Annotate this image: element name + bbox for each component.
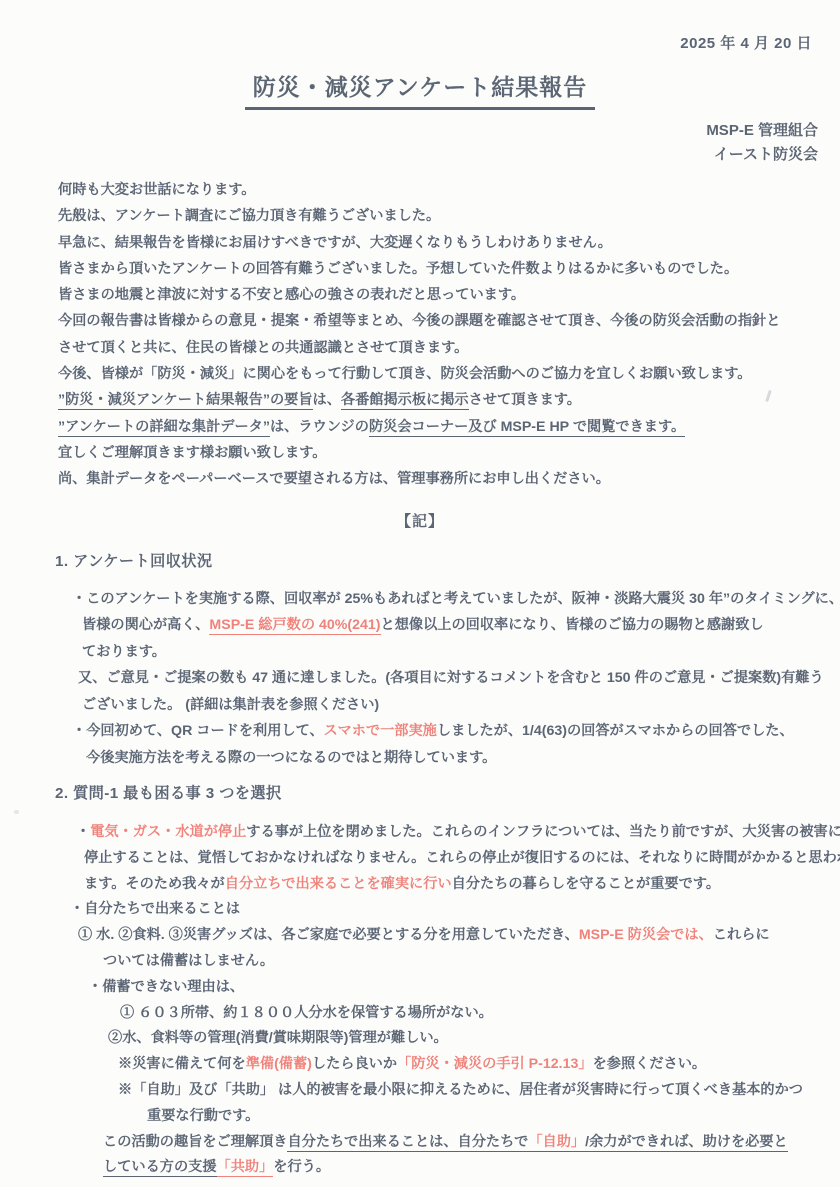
org-name-bousaikai: イースト防災会 [0, 144, 840, 165]
text-line: させて頂くと共に、住民の皆様との共通認識とさせて頂きます。 [0, 335, 840, 361]
text-line: ついては備蓄はしません。 [0, 949, 840, 975]
text-segment: 重要な行動です。 [147, 1108, 259, 1124]
highlighted-text: スマホで一部実施 [324, 723, 437, 739]
text-segment: を参照ください。 [593, 1056, 707, 1072]
text-segment: 防災会コーナー及び MSP-E HP で閲覧できます。 [369, 419, 685, 437]
text-segment: ※災害に備えて何を [118, 1056, 246, 1072]
text-segment: ・ [76, 824, 90, 840]
text-segment: ※「自助」及び「共助」 は人的被害を最小限に抑えるために、居住者が災害時に行って… [118, 1082, 803, 1098]
text-line: 皆さまの地震と津波に対する不安と感心の強さの表れだと思っています。 [0, 282, 840, 308]
text-line: ・電気・ガス・水道が停止する事が上位を閉めました。これらのインフラについては、当… [0, 820, 840, 846]
text-line: ・今回初めて、QR コードを利用して、スマホで一部実施しましたが、1/4(63)… [0, 718, 840, 745]
text-line: ① ６０３所帯、約１８００人分水を保管する場所がない。 [0, 1001, 840, 1027]
highlighted-text: 「自助」 [528, 1134, 585, 1152]
text-segment: ・備蓄できない理由は、 [88, 979, 244, 995]
text-segment: ②水、食料等の管理(消費/賞味期限等)管理が難しい。 [108, 1030, 448, 1046]
text-segment: この活動の趣旨をご理解頂き [103, 1134, 287, 1150]
text-segment: 各番館掲示板に掲示 [341, 392, 469, 410]
text-segment: する事が上位を閉めました。これらのインフラについては、当たり前ですが、大災害の被… [246, 824, 840, 840]
text-line: 今回の報告書は皆様からの意見・提案・希望等まとめ、今後の課題を確認させて頂き、今… [0, 308, 840, 334]
text-segment: ございました。 (詳細は集計表を参照ください) [82, 697, 379, 713]
text-line: 何時も大変お世話になります。 [0, 177, 840, 203]
text-line: 停止することは、覚悟しておかなければなりません。これらの停止が復旧するのには、そ… [0, 846, 840, 872]
text-line: 先般は、アンケート調査にご協力頂き有難うございました。 [0, 203, 840, 229]
text-line: この活動の趣旨をご理解頂き自分たちで出来ることは、自分たちで「自助」/余力ができ… [0, 1130, 840, 1156]
section-1-body: ・このアンケートを実施する際、回収率が 25%もあればと考えていましたが、阪神・… [0, 586, 840, 772]
text-line: 今後実施方法を考える際の一つになるのではと期待しています。 [0, 745, 840, 772]
record-mark: 【記】 [0, 509, 840, 535]
text-segment: 今回の報告書は皆様からの意見・提案・希望等まとめ、今後の課題を確認させて頂き、今… [58, 313, 780, 329]
text-segment: と想像以上の回収率になり、皆様のご協力の賜物と感謝致し [381, 617, 764, 633]
document-page: 2025 年 4 月 20 日 防災・減災アンケート結果報告 MSP-E 管理組… [0, 0, 840, 1187]
text-segment: ・今回初めて、QR コードを利用して、 [72, 723, 324, 739]
org-name-management: MSP-E 管理組合 [0, 120, 840, 141]
text-segment: ① 水. ②食料. ③災害グッズは、各ご家庭で必要とする分を用意していただき、 [78, 927, 579, 943]
highlighted-text: 電気・ガス・水道が停止 [90, 824, 246, 840]
text-line: している方の支援「共助」を行う。 [0, 1155, 840, 1181]
text-segment: したら良いか [312, 1056, 397, 1072]
text-segment: ”アンケートの詳細な集計データ” [58, 419, 270, 437]
text-line: 皆さまから頂いたアンケートの回答有難うございました。予想していた件数よりはるかに… [0, 256, 840, 282]
text-line: ① 水. ②食料. ③災害グッズは、各ご家庭で必要とする分を用意していただき、M… [0, 923, 840, 949]
text-line: ※災害に備えて何を準備(備蓄)したら良いか「防災・減災の手引 P-12.13」を… [0, 1052, 840, 1078]
text-segment: ① ６０３所帯、約１８００人分水を保管する場所がない。 [120, 1005, 493, 1021]
text-line: 尚、集計データをペーパーベースで要望される方は、管理事務所にお申し出ください。 [0, 466, 840, 492]
text-segment: ます。そのため我々が [84, 876, 225, 892]
text-segment: ”防災・減災アンケート結果報告”の要旨 [58, 392, 313, 410]
text-line: 皆様の関心が高く、MSP-E 総戸数の 40%(241)と想像以上の回収率になり… [0, 612, 840, 639]
document-title: 防災・減災アンケート結果報告 [245, 69, 596, 110]
section-1-heading: 1. アンケート回収状況 [0, 549, 840, 575]
intro-paragraph: 何時も大変お世話になります。先般は、アンケート調査にご協力頂き有難うございました… [0, 177, 840, 493]
text-segment: は、ラウンジの [270, 419, 369, 435]
text-line: 今後、皆様が「防災・減災」に関心をもって行動して頂き、防災会活動へのご協力を宜し… [0, 361, 840, 387]
text-line: ・備蓄できない理由は、 [0, 975, 840, 1001]
text-line: ございました。 (詳細は集計表を参照ください) [0, 692, 840, 719]
text-line: ・このアンケートを実施する際、回収率が 25%もあればと考えていましたが、阪神・… [0, 586, 840, 613]
text-segment: させて頂きます。 [469, 392, 581, 408]
text-segment: ております。 [82, 644, 166, 660]
text-segment: 皆さまの地震と津波に対する不安と感心の強さの表れだと思っています。 [58, 287, 525, 303]
text-line: ”アンケートの詳細な集計データ”は、ラウンジの防災会コーナー及び MSP-E H… [0, 414, 840, 440]
document-date: 2025 年 4 月 20 日 [0, 33, 840, 55]
text-segment: を行う。 [273, 1159, 330, 1175]
text-segment: させて頂くと共に、住民の皆様との共通認識とさせて頂きます。 [58, 340, 468, 356]
text-segment: ついては備蓄はしません。 [103, 953, 274, 969]
highlighted-text: 「防災・減災の手引 P-12.13」 [397, 1056, 593, 1072]
scan-artifact [14, 810, 19, 814]
text-line: ております。 [0, 639, 840, 666]
text-line: ・自分たちで出来ることは [0, 897, 840, 923]
text-segment: 尚、集計データをペーパーベースで要望される方は、管理事務所にお申し出ください。 [58, 471, 610, 487]
text-line: 又、ご意見・ご提案の数も 47 通に達しました。(各項目に対するコメントを含むと… [0, 665, 840, 692]
highlighted-text: 「共助」 [217, 1159, 274, 1177]
text-segment: 早急に、結果報告を皆様にお届けすべきですが、大変遅くなりもうしわけありません。 [58, 235, 612, 251]
text-segment: これらに [713, 927, 770, 943]
text-segment: ・このアンケートを実施する際、回収率が 25%もあればと考えていましたが、阪神・… [72, 591, 840, 607]
text-segment: 宜しくご理解頂きます様お願い致します。 [58, 445, 326, 461]
highlighted-text: MSP-E 防災会では、 [579, 927, 713, 943]
title-row: 防災・減災アンケート結果報告 [0, 69, 840, 110]
text-segment: 自分たちで出来ることは、自分たちで [287, 1134, 528, 1152]
highlighted-text: MSP-E 総戸数の 40%(241) [209, 617, 380, 635]
section-2-heading: 2. 質問-1 最も困る事 3 つを選択 [0, 781, 840, 807]
text-line: ます。そのため我々が自分立ちで出来ることを確実に行い自分たちの暮らしを守ることが… [0, 872, 840, 898]
text-segment: 皆様の関心が高く、 [82, 617, 209, 633]
text-line: 重要な行動です。 [0, 1104, 840, 1130]
text-line: 宜しくご理解頂きます様お願い致します。 [0, 440, 840, 466]
text-line: ②水、食料等の管理(消費/賞味期限等)管理が難しい。 [0, 1026, 840, 1052]
text-line: ”防災・減災アンケート結果報告”の要旨は、各番館掲示板に掲示させて頂きます。 [0, 387, 840, 413]
text-segment: 停止することは、覚悟しておかなければなりません。これらの停止が復旧するのには、そ… [84, 850, 840, 866]
text-segment: している方の支援 [103, 1159, 217, 1177]
highlighted-text: 自分立ちで出来ることを確実に行い [225, 876, 452, 892]
text-segment: しましたが、1/4(63)の回答がスマホからの回答でした、 [437, 723, 794, 739]
text-segment: 先般は、アンケート調査にご協力頂き有難うございました。 [58, 208, 440, 224]
highlighted-text: 準備(備蓄) [246, 1056, 312, 1072]
text-segment: 何時も大変お世話になります。 [58, 182, 256, 198]
text-segment: は、 [313, 392, 341, 408]
text-segment: 今後、皆様が「防災・減災」に関心をもって行動して頂き、防災会活動へのご協力を宜し… [58, 366, 752, 382]
text-segment: /余力ができれば、助けを必要と [585, 1134, 788, 1152]
section-2-body: ・電気・ガス・水道が停止する事が上位を閉めました。これらのインフラについては、当… [0, 820, 840, 1181]
text-segment: 自分たちの暮らしを守ることが重要です。 [452, 876, 720, 892]
text-line: 早急に、結果報告を皆様にお届けすべきですが、大変遅くなりもうしわけありません。 [0, 230, 840, 256]
text-segment: 又、ご意見・ご提案の数も 47 通に達しました。(各項目に対するコメントを含むと… [78, 670, 824, 686]
text-segment: 皆さまから頂いたアンケートの回答有難うございました。予想していた件数よりはるかに… [58, 261, 738, 277]
text-segment: ・自分たちで出来ることは [70, 901, 240, 917]
text-line: ※「自助」及び「共助」 は人的被害を最小限に抑えるために、居住者が災害時に行って… [0, 1078, 840, 1104]
text-segment: 今後実施方法を考える際の一つになるのではと期待しています。 [86, 750, 496, 766]
